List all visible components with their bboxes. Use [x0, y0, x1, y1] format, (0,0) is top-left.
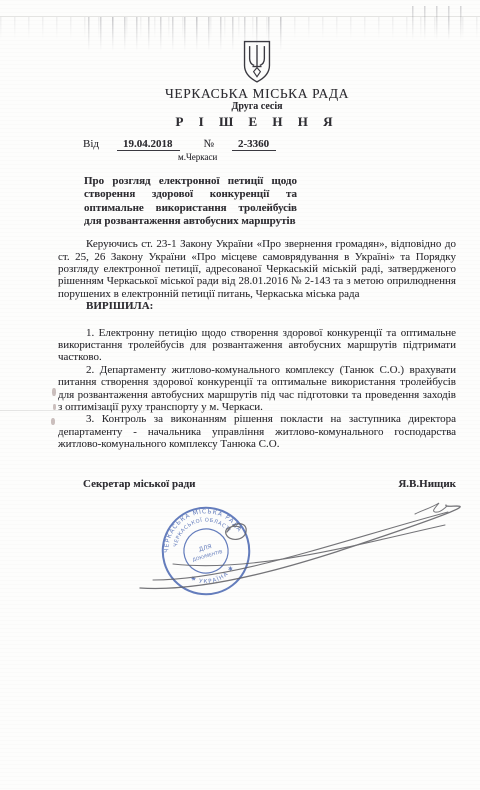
preamble-block: Керуючись ст. 23-1 Закону України «Про з… — [58, 238, 456, 312]
signature-row: Секретар міської ради Я.В.Нищик — [58, 478, 456, 490]
signatory-name: Я.В.Нищик — [398, 478, 456, 490]
org-name: ЧЕРКАСЬКА МІСЬКА РАДА — [58, 86, 456, 101]
document-date: 19.04.2018 — [117, 138, 180, 151]
resolution-items: 1. Електронну петицію щодо створення здо… — [58, 327, 456, 451]
scanned-document-page: ЧЕРКАСЬКА МІСЬКА РАДА Друга сесія Р І Ш … — [0, 0, 480, 790]
number-label: № — [204, 138, 215, 150]
ukraine-trident-icon — [240, 40, 274, 84]
resolution-item-2: 2. Департаменту житлово-комунального ком… — [58, 364, 456, 414]
from-label: Від — [83, 138, 99, 150]
city-label: м.Черкаси — [178, 152, 456, 162]
document-type-title: Р І Ш Е Н Н Я — [58, 114, 456, 130]
handwritten-signature-icon — [115, 492, 465, 602]
preamble-paragraph: Керуючись ст. 23-1 Закону України «Про з… — [58, 238, 456, 300]
document-number: 2-3360 — [232, 138, 276, 151]
document-body: ЧЕРКАСЬКА МІСЬКА РАДА Друга сесія Р І Ш … — [0, 0, 480, 790]
resolution-item-1: 1. Електронну петицію щодо створення здо… — [58, 327, 456, 364]
meta-row: Від19.04.2018№2-3360 — [83, 138, 456, 151]
signatory-title: Секретар міської ради — [83, 478, 195, 490]
resolved-label: ВИРІШИЛА: — [58, 300, 456, 312]
session-label: Друга сесія — [58, 101, 456, 113]
subject-paragraph: Про розгляд електронної петиції щодо ств… — [84, 175, 297, 228]
resolution-item-3: 3. Контроль за виконанням рішення поклас… — [58, 413, 456, 450]
document-header: ЧЕРКАСЬКА МІСЬКА РАДА Друга сесія Р І Ш … — [58, 40, 456, 130]
